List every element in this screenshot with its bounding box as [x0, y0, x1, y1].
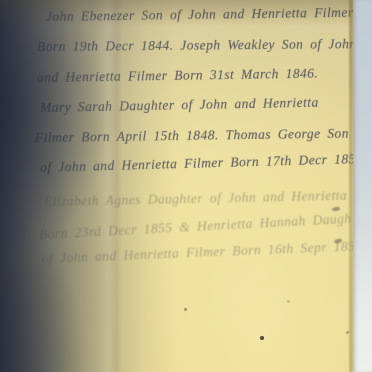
book-page-photo: John Ebenezer Son of John and Henrietta …: [0, 0, 372, 372]
top-edge-shade: [0, 0, 372, 372]
facing-page-edge: [353, 0, 372, 372]
